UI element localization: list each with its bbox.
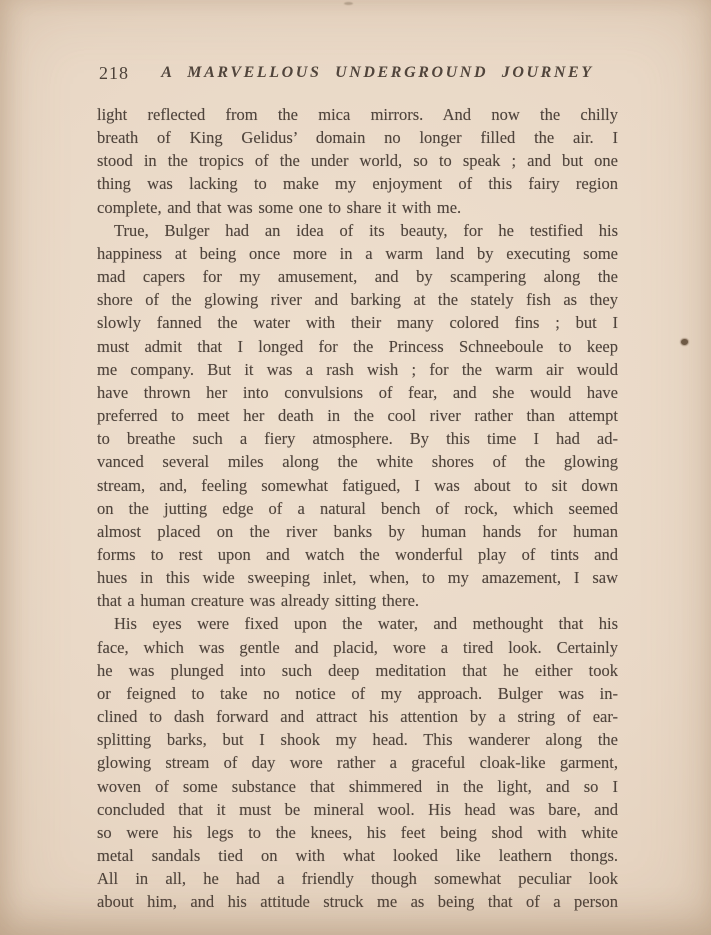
text-line: so were his legs to the knees, his feet … bbox=[97, 821, 618, 844]
text-line: that a human creature was already sittin… bbox=[97, 589, 618, 612]
text-line: True, Bulger had an idea of its beauty, … bbox=[97, 219, 618, 242]
text-line: splitting barks, but I shook my head. Th… bbox=[97, 728, 618, 751]
text-line: about him, and his attitude struck me as… bbox=[97, 890, 618, 913]
page-text-body: light reflected from the mica mirrors. A… bbox=[97, 103, 618, 913]
text-line: or feigned to take no notice of my appro… bbox=[97, 682, 618, 705]
text-line: have thrown her into convulsions of fear… bbox=[97, 381, 618, 404]
page-number: 218 bbox=[99, 63, 129, 84]
text-line: complete, and that was some one to share… bbox=[97, 196, 618, 219]
text-line: light reflected from the mica mirrors. A… bbox=[97, 103, 618, 126]
paragraph: True, Bulger had an idea of its beauty, … bbox=[97, 219, 618, 613]
text-line: on the jutting edge of a natural bench o… bbox=[97, 497, 618, 520]
paragraph: light reflected from the mica mirrors. A… bbox=[97, 103, 618, 219]
text-line: stood in the tropics of the under world,… bbox=[97, 149, 618, 172]
text-line: glowing stream of day wore rather a grac… bbox=[97, 751, 618, 774]
text-line: happiness at being once more in a warm l… bbox=[97, 242, 618, 265]
paragraph: His eyes were fixed upon the water, and … bbox=[97, 612, 618, 913]
page-header: 218 A MARVELLOUS UNDERGROUND JOURNEY bbox=[97, 63, 618, 87]
running-title: A MARVELLOUS UNDERGROUND JOURNEY bbox=[137, 64, 618, 82]
text-line: shore of the glowing river and barking a… bbox=[97, 288, 618, 311]
text-line: slowly fanned the water with their many … bbox=[97, 311, 618, 334]
text-line: preferred to meet her death in the cool … bbox=[97, 404, 618, 427]
text-line: me company. But it was a rash wish ; for… bbox=[97, 358, 618, 381]
text-line: forms to rest upon and watch the wonderf… bbox=[97, 543, 618, 566]
text-line: he was plunged into such deep meditation… bbox=[97, 659, 618, 682]
text-line: face, which was gentle and placid, wore … bbox=[97, 636, 618, 659]
text-line: woven of some substance that shimmered i… bbox=[97, 775, 618, 798]
book-page-scan: 218 A MARVELLOUS UNDERGROUND JOURNEY lig… bbox=[0, 0, 711, 935]
text-line: All in all, he had a friendly though som… bbox=[97, 867, 618, 890]
ink-speck bbox=[681, 339, 688, 345]
text-line: vanced several miles along the white sho… bbox=[97, 450, 618, 473]
text-line: almost placed on the river banks by huma… bbox=[97, 520, 618, 543]
text-line: to breathe such a fiery atmosphere. By t… bbox=[97, 427, 618, 450]
text-line: concluded that it must be mineral wool. … bbox=[97, 798, 618, 821]
text-line: metal sandals tied on with what looked l… bbox=[97, 844, 618, 867]
text-line: hues in this wide sweeping inlet, when, … bbox=[97, 566, 618, 589]
text-line: thing was lacking to make my enjoyment o… bbox=[97, 172, 618, 195]
text-line: clined to dash forward and attract his a… bbox=[97, 705, 618, 728]
text-line: stream, and, feeling somewhat fatigued, … bbox=[97, 474, 618, 497]
text-line: mad capers for my amusement, and by scam… bbox=[97, 265, 618, 288]
text-line: His eyes were fixed upon the water, and … bbox=[97, 612, 618, 635]
scan-smudge bbox=[344, 2, 353, 5]
text-line: breath of King Gelidus’ domain no longer… bbox=[97, 126, 618, 149]
text-line: must admit that I longed for the Princes… bbox=[97, 335, 618, 358]
